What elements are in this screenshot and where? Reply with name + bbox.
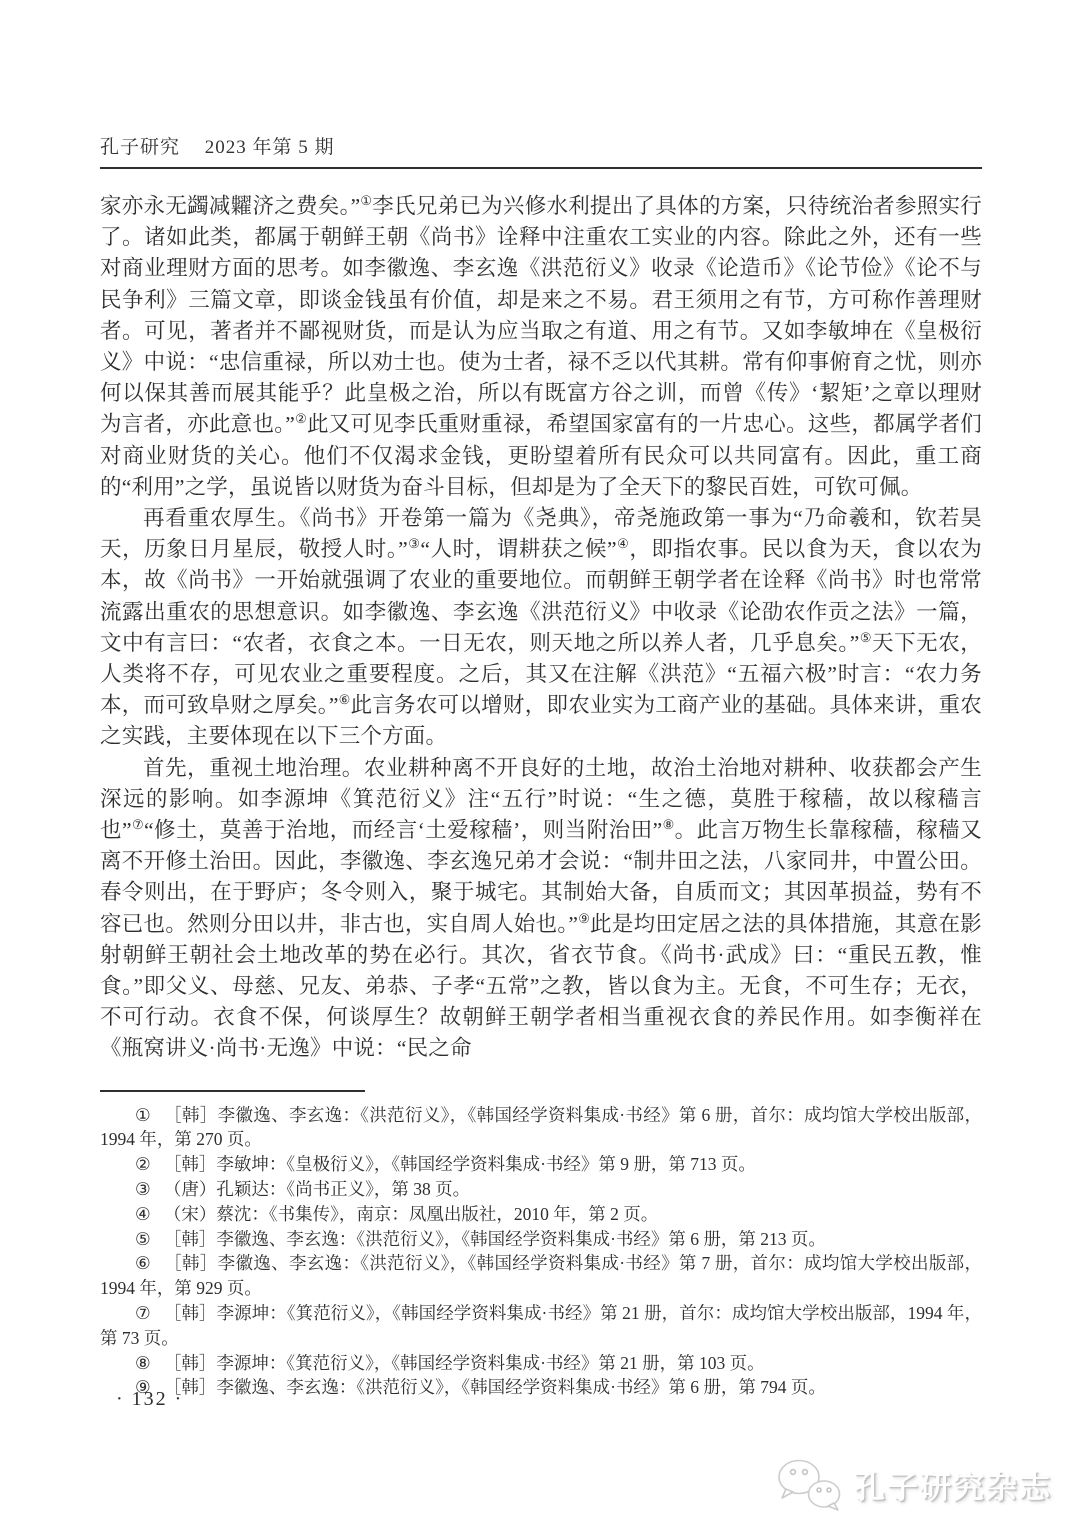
footnote-marker: ⑧ (135, 1353, 151, 1373)
footnote-text: ［韩］李徽逸、李玄逸：《洪范衍义》，《韩国经学资料集成·书经》第 6 册，第 2… (164, 1229, 826, 1249)
footnote-text: ［韩］李敏坤：《皇极衍义》，《韩国经学资料集成·书经》第 9 册，第 713 页… (164, 1154, 756, 1174)
body-paragraph: 再看重农厚生。《尚书》开卷第一篇为《尧典》，帝尧施政第一事为“乃命羲和，钦若昊天… (100, 503, 982, 753)
header-rule (100, 167, 982, 169)
footnotes-section: ①［韩］李徽逸、李玄逸：《洪范衍义》，《韩国经学资料集成·书经》第 6 册，首尔… (100, 1103, 982, 1401)
page-number: · 132 · (116, 1388, 183, 1411)
footnote-marker: ⑦ (135, 1303, 151, 1323)
footnote-marker: ① (135, 1105, 151, 1125)
watermark-text: 孔子研究杂志 (854, 1462, 1052, 1507)
footnote-marker: ④ (135, 1204, 151, 1224)
body-paragraph: 首先，重视土地治理。农业耕种离不开良好的土地，故治土治地对耕种、收获都会产生深远… (100, 753, 982, 1065)
footnote-text: ［韩］李源坤：《箕范衍义》，《韩国经学资料集成·书经》第 21 册，首尔：成均馆… (100, 1303, 982, 1348)
footnote-marker: ⑥ (135, 1253, 151, 1273)
footnote-item: ⑦［韩］李源坤：《箕范衍义》，《韩国经学资料集成·书经》第 21 册，首尔：成均… (100, 1301, 982, 1351)
watermark: 孔子研究杂志 (772, 1456, 1052, 1512)
footnote-text: ［韩］李徽逸、李玄逸：《洪范衍义》，《韩国经学资料集成·书经》第 6 册，第 7… (164, 1377, 826, 1397)
footnote-text: ［韩］李徽逸、李玄逸：《洪范衍义》，《韩国经学资料集成·书经》第 7 册，首尔：… (100, 1253, 982, 1298)
footnote-item: ③（唐）孔颖达：《尚书正义》，第 38 页。 (100, 1177, 982, 1202)
journal-page: 孔子研究2023 年第 5 期 家亦永无蠲减糶济之费矣。”①李氏兄弟已为兴修水利… (0, 0, 1080, 1526)
footnote-marker: ③ (135, 1179, 151, 1199)
footnote-item: ⑧［韩］李源坤：《箕范衍义》，《韩国经学资料集成·书经》第 21 册，第 103… (100, 1351, 982, 1376)
footnote-separator (100, 1090, 365, 1092)
footnote-text: ［韩］李源坤：《箕范衍义》，《韩国经学资料集成·书经》第 21 册，第 103 … (164, 1353, 765, 1373)
page-content: 孔子研究2023 年第 5 期 家亦永无蠲减糶济之费矣。”①李氏兄弟已为兴修水利… (100, 132, 982, 1400)
footnote-item: ⑨［韩］李徽逸、李玄逸：《洪范衍义》，《韩国经学资料集成·书经》第 6 册，第 … (100, 1375, 982, 1400)
footnote-item: ④（宋）蔡沈：《书集传》，南京：凤凰出版社，2010 年，第 2 页。 (100, 1202, 982, 1227)
footnote-marker: ② (135, 1154, 151, 1174)
footnote-text: （唐）孔颖达：《尚书正义》，第 38 页。 (164, 1179, 470, 1199)
issue-label: 2023 年第 5 期 (205, 137, 335, 158)
footnote-item: ②［韩］李敏坤：《皇极衍义》，《韩国经学资料集成·书经》第 9 册，第 713 … (100, 1152, 982, 1177)
journal-title: 孔子研究 (100, 137, 180, 158)
footnote-item: ⑥［韩］李徽逸、李玄逸：《洪范衍义》，《韩国经学资料集成·书经》第 7 册，首尔… (100, 1251, 982, 1301)
footnote-item: ①［韩］李徽逸、李玄逸：《洪范衍义》，《韩国经学资料集成·书经》第 6 册，首尔… (100, 1103, 982, 1153)
footnote-marker: ⑤ (135, 1229, 151, 1249)
footnote-item: ⑤［韩］李徽逸、李玄逸：《洪范衍义》，《韩国经学资料集成·书经》第 6 册，第 … (100, 1227, 982, 1252)
journal-header: 孔子研究2023 年第 5 期 (100, 132, 982, 159)
wechat-logo-icon (772, 1456, 846, 1512)
body-paragraph: 家亦永无蠲减糶济之费矣。”①李氏兄弟已为兴修水利提出了具体的方案，只待统治者参照… (100, 191, 982, 503)
footnote-text: （宋）蔡沈：《书集传》，南京：凤凰出版社，2010 年，第 2 页。 (164, 1204, 658, 1224)
article-body: 家亦永无蠲减糶济之费矣。”①李氏兄弟已为兴修水利提出了具体的方案，只待统治者参照… (100, 191, 982, 1065)
footnote-text: ［韩］李徽逸、李玄逸：《洪范衍义》，《韩国经学资料集成·书经》第 6 册，首尔：… (100, 1105, 982, 1150)
